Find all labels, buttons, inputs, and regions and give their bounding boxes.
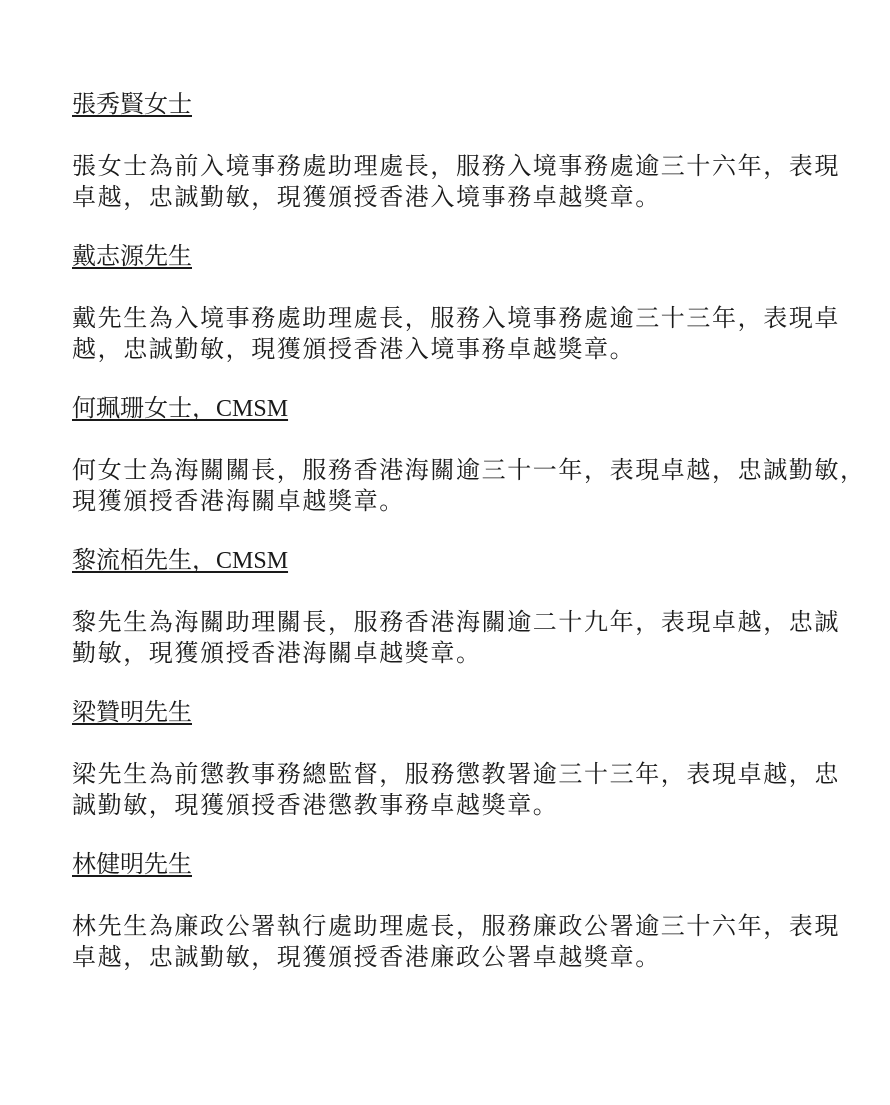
awardee-name-heading: 何珮珊女士，CMSM — [72, 395, 862, 423]
awardee-citation: 戴先生為入境事務處助理處長，服務入境事務處逾三十三年，表現卓 越，忠誠勤敏，現獲… — [72, 304, 862, 366]
awardee-section-4: 黎流栢先生，CMSM 黎先生為海關助理關長，服務香港海關逾二十九年，表現卓越，忠… — [72, 547, 862, 670]
citation-line: 梁先生為前懲教事務總監督，服務懲教署逾三十三年，表現卓越，忠 — [72, 760, 862, 791]
document-page: 張秀賢女士 張女士為前入境事務處助理處長，服務入境事務處逾三十六年，表現 卓越，… — [0, 0, 890, 1105]
awardee-name-heading: 梁贊明先生 — [72, 699, 862, 727]
citation-line: 卓越，忠誠勤敏，現獲頒授香港入境事務卓越獎章。 — [72, 183, 862, 214]
citation-line: 卓越，忠誠勤敏，現獲頒授香港廉政公署卓越獎章。 — [72, 943, 862, 974]
awardee-section-6: 林健明先生 林先生為廉政公署執行處助理處長，服務廉政公署逾三十六年，表現 卓越，… — [72, 851, 862, 974]
citation-line: 黎先生為海關助理關長，服務香港海關逾二十九年，表現卓越，忠誠 — [72, 608, 862, 639]
awardee-section-5: 梁贊明先生 梁先生為前懲教事務總監督，服務懲教署逾三十三年，表現卓越，忠 誠勤敏… — [72, 699, 862, 822]
citation-line: 戴先生為入境事務處助理處長，服務入境事務處逾三十三年，表現卓 — [72, 304, 862, 335]
citation-line: 誠勤敏，現獲頒授香港懲教事務卓越獎章。 — [72, 791, 862, 822]
citation-line: 越，忠誠勤敏，現獲頒授香港入境事務卓越獎章。 — [72, 335, 862, 366]
awardee-citation: 梁先生為前懲教事務總監督，服務懲教署逾三十三年，表現卓越，忠 誠勤敏，現獲頒授香… — [72, 760, 862, 822]
awardee-section-3: 何珮珊女士，CMSM 何女士為海關關長，服務香港海關逾三十一年，表現卓越，忠誠勤… — [72, 395, 862, 518]
awardee-citation: 黎先生為海關助理關長，服務香港海關逾二十九年，表現卓越，忠誠 勤敏，現獲頒授香港… — [72, 608, 862, 670]
awardee-name-heading: 黎流栢先生，CMSM — [72, 547, 862, 575]
awardee-citation: 張女士為前入境事務處助理處長，服務入境事務處逾三十六年，表現 卓越，忠誠勤敏，現… — [72, 152, 862, 214]
citation-line: 勤敏，現獲頒授香港海關卓越獎章。 — [72, 639, 862, 670]
awardee-name-heading: 林健明先生 — [72, 851, 862, 879]
awardee-section-1: 張秀賢女士 張女士為前入境事務處助理處長，服務入境事務處逾三十六年，表現 卓越，… — [72, 91, 862, 214]
citation-line: 張女士為前入境事務處助理處長，服務入境事務處逾三十六年，表現 — [72, 152, 862, 183]
awardee-name-heading: 戴志源先生 — [72, 243, 862, 271]
awardee-section-2: 戴志源先生 戴先生為入境事務處助理處長，服務入境事務處逾三十三年，表現卓 越，忠… — [72, 243, 862, 366]
citation-line: 林先生為廉政公署執行處助理處長，服務廉政公署逾三十六年，表現 — [72, 912, 862, 943]
awardee-name-heading: 張秀賢女士 — [72, 91, 862, 119]
awardee-citation: 何女士為海關關長，服務香港海關逾三十一年，表現卓越，忠誠勤敏， 現獲頒授香港海關… — [72, 456, 862, 518]
citation-line: 何女士為海關關長，服務香港海關逾三十一年，表現卓越，忠誠勤敏， — [72, 456, 862, 487]
awardee-citation: 林先生為廉政公署執行處助理處長，服務廉政公署逾三十六年，表現 卓越，忠誠勤敏，現… — [72, 912, 862, 974]
citation-line: 現獲頒授香港海關卓越獎章。 — [72, 487, 862, 518]
